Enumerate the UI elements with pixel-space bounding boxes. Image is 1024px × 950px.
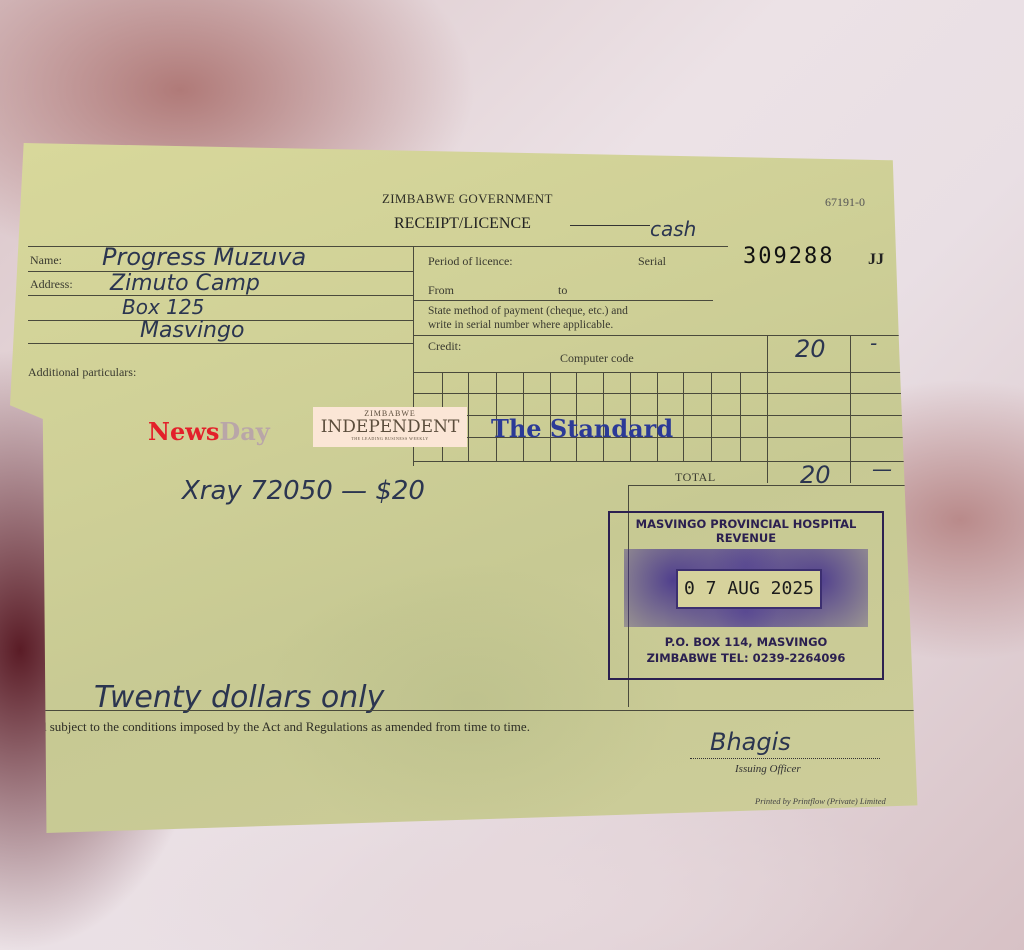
address-line-2: Box 125	[122, 295, 204, 319]
name-value: Progress Muzuva	[102, 243, 306, 271]
conditions-text: d subject to the conditions imposed by t…	[40, 719, 530, 735]
stamp-date: 0 7 AUG 2025	[676, 569, 822, 609]
stamp-line-1: MASVINGO PROVINCIAL HOSPITAL	[610, 517, 882, 531]
printer-credit: Printed by Printflow (Private) Limited	[755, 796, 886, 806]
issuing-officer-label: Issuing Officer	[735, 763, 801, 775]
issuer-heading: ZIMBABWE GOVERNMENT	[382, 191, 553, 207]
receipt-document: ZIMBABWE GOVERNMENT RECEIPT/LICENCE cash…	[10, 143, 922, 833]
form-number: 67191-0	[825, 195, 865, 210]
particulars-handwritten: Xray 72050 — $20	[182, 476, 425, 506]
payment-method-handwritten: cash	[650, 217, 696, 241]
officer-signature: Bhagis	[710, 728, 791, 756]
total-cents: —	[872, 457, 892, 481]
newsday-watermark: NewsDay	[148, 417, 270, 446]
total-label: TOTAL	[675, 470, 716, 485]
address-line-3: Masvingo	[140, 318, 244, 343]
hospital-revenue-stamp: MASVINGO PROVINCIAL HOSPITAL REVENUE 0 7…	[608, 511, 884, 680]
from-label: From	[428, 283, 454, 298]
independent-watermark: ZIMBABWE INDEPENDENT THE LEADING BUSINES…	[313, 407, 467, 447]
signature-line	[690, 758, 880, 759]
payment-instruction-1: State method of payment (cheque, etc.) a…	[428, 305, 628, 317]
stamp-address: P.O. BOX 114, MASVINGO	[610, 635, 882, 649]
credit-amount: 20	[795, 335, 826, 363]
payment-instruction-2: write in serial number where applicable.	[428, 319, 613, 331]
address-line-1: Zimuto Camp	[110, 271, 260, 296]
serial-label: Serial	[638, 254, 666, 269]
address-label: Address:	[30, 277, 73, 292]
stamp-line-2: REVENUE	[610, 531, 882, 545]
document-title: RECEIPT/LICENCE	[394, 215, 531, 233]
stamp-contact: ZIMBABWE TEL: 0239-2264096	[610, 651, 882, 665]
serial-number: 309288	[743, 244, 834, 269]
independent-main: INDEPENDENT	[313, 418, 467, 436]
to-label: to	[558, 283, 567, 298]
standard-watermark: The Standard	[491, 414, 673, 443]
newsday-part1: News	[148, 417, 219, 446]
credit-cents: -	[870, 331, 877, 355]
name-label: Name:	[30, 253, 62, 268]
serial-suffix: JJ	[868, 251, 884, 269]
newsday-part2: Day	[219, 417, 269, 446]
computer-code-label: Computer code	[560, 351, 634, 366]
period-label: Period of licence:	[428, 254, 513, 269]
strike-line	[570, 225, 650, 226]
credit-label: Credit:	[428, 339, 461, 354]
additional-particulars-label: Additional particulars:	[28, 365, 136, 380]
